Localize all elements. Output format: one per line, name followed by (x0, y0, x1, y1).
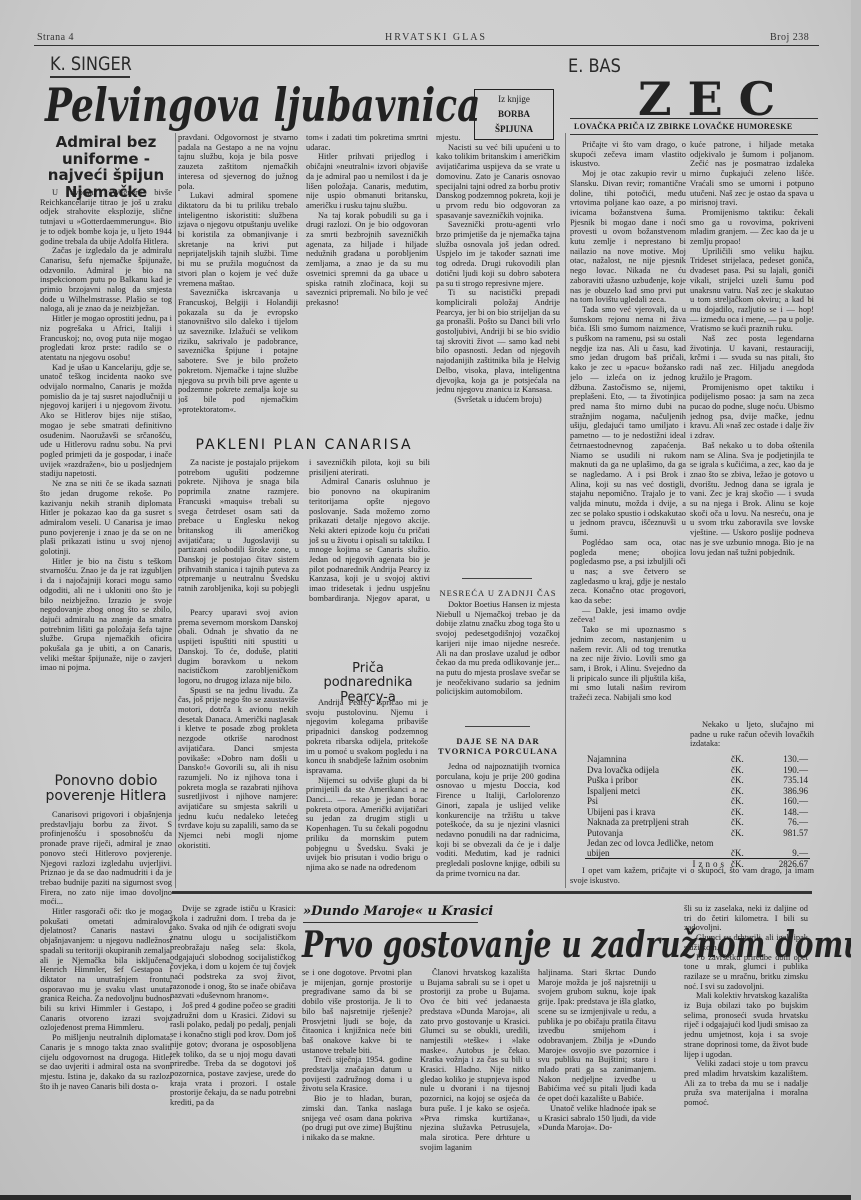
main-col3: tom« i zadati tim pokretima smrtni udara… (306, 133, 428, 423)
paragraph: Tako se mi upoznasmo s jednim zecom, nas… (570, 625, 686, 703)
paragraph: Bio je to hladan, buran, zimski dan. Tan… (302, 1094, 412, 1143)
paragraph: Pearcy uparavi svoj avion prema severnom… (178, 608, 298, 686)
page-edge (851, 0, 861, 1200)
masthead-rule (34, 45, 819, 46)
ledger-item: Ubijeni pas i krava (587, 807, 655, 817)
newspaper-page: Strana 4 HRVATSKI GLAS Broj 238 K. SINGE… (0, 0, 851, 1195)
paragraph: Po mišljenju neutralnih diplomata, Canar… (40, 1033, 172, 1091)
zec-rule-top (570, 118, 818, 119)
column-rule (565, 133, 566, 888)
main-col2b: Za naciste je postajalo prijekom potrebo… (178, 458, 430, 608)
ledger-row: NajamninačK.130.— (585, 754, 810, 765)
main-col4: mjestu. Nacisti su već bili upućeni u to… (436, 133, 560, 563)
bottom-col2: se i one dogotove. Prvotni plan je mijen… (302, 968, 412, 1158)
main-col2c: Pearcy uparavi svoj avion prema severnom… (178, 608, 298, 890)
paragraph: Saveznička iskrcavanja u Francuskoj, Bel… (178, 288, 298, 414)
paragraph: I opet vam kažem, pričajte vi o skupoći,… (570, 866, 814, 885)
paragraph: kuće patrone, i hiljade metaka odjekival… (690, 140, 814, 208)
filler-divider (462, 578, 532, 579)
issue-number: Broj 238 (770, 32, 809, 43)
zec-ledger-intro: Nekako u ljeto, slučajno mi padne u ruke… (690, 720, 814, 749)
paragraph: tom« i zadati tim pokretima smrtni udara… (306, 133, 428, 152)
ledger-currency: čK. (729, 838, 756, 859)
paragraph: Jedna od najpoznatijih tvornica porculan… (436, 762, 560, 878)
paragraph: Veliki zadaci stoje u tom pravcu pred ml… (684, 1059, 808, 1108)
filler-text-nesreca: Doktor Boetius Hansen iz mjesta Niebull … (436, 600, 560, 710)
paragraph: Začas je izgledalo da je admiralu Canari… (40, 246, 172, 314)
paragraph: Poglédao sam oca, otac pogleda mene; obo… (570, 538, 686, 606)
paragraph: Hitler rasgorači oči: tko je mogao pokuš… (40, 907, 172, 1033)
paragraph: Nekako u ljeto, slučajno mi padne u ruke… (690, 720, 814, 749)
paragraph: Hitler je mogao oprostiti jednu, pa i ni… (40, 314, 172, 363)
page-number: Strana 4 (37, 32, 74, 43)
paper-name: HRVATSKI GLAS (385, 32, 487, 43)
paragraph: Lukavi admiral spomene diktatoru da bi t… (178, 191, 298, 288)
zec-col1: Pričajte vi što vam drago, o skupoći zeč… (570, 140, 686, 732)
paragraph: Saveznički protu-agenti vrlo brzo primje… (436, 220, 560, 288)
paragraph: U dvorani »Wagner« bivše Reichkancelarij… (40, 188, 172, 246)
ledger-item: Jedan zec od lovca Jedličke, netom ubije… (587, 838, 713, 858)
paragraph: mjestu. (436, 133, 560, 143)
paragraph: Upriličili smo veliku hajku. Trideset st… (690, 247, 814, 334)
paragraph: haljinama. Stari škrtac Dundo Maroje mož… (538, 968, 656, 1104)
main-col2: pravdani. Odgovornost je stvarno padala … (178, 133, 298, 423)
ledger-currency: čK. (729, 817, 756, 828)
main-col3b: Andrija Pearcy ispričao mi je svoju pust… (306, 698, 428, 890)
paragraph: Nijemci su odviše glupi da bi primijetil… (306, 776, 428, 873)
ledger-row: Ispaljeni metcičK.386.96 (585, 786, 810, 797)
section-divider (172, 891, 812, 894)
paragraph: Mali kolektiv hrvatskog kazališta iz Buj… (684, 991, 808, 1059)
ledger-currency: čK. (729, 775, 756, 786)
paragraph: Unatoč velike hladnoće ipak se u Krasici… (538, 1104, 656, 1133)
zec-col2: kuće patrone, i hiljade metaka odjekival… (690, 140, 814, 732)
article-kicker: »Dundo Maroje« u Krasici (303, 904, 493, 919)
filler-head-nesreca: NESREĆA U ZADNJI ČAS (436, 588, 560, 598)
ledger-row: PsičK.160.— (585, 796, 810, 807)
ledger-currency: čK. (729, 754, 756, 765)
paragraph: Canarisovi prigovori i objašnjenja preds… (40, 810, 172, 907)
paragraph: Promijenismo opet taktiku i podijelismo … (690, 383, 814, 441)
main-col1: U dvorani »Wagner« bivše Reichkancelarij… (40, 188, 172, 708)
ledger-row: Ubijeni pas i kravačK.148.— (585, 807, 810, 818)
paragraph: Dvije se zgrade ističu u Krasici: škola … (170, 904, 296, 1001)
ledger-item: Naknada za pretrpljeni strah (587, 817, 689, 827)
ledger-amount: 76.— (756, 817, 810, 828)
ledger-amount: 148.— (756, 807, 810, 818)
expense-ledger: NajamninačK.130.— Dva lovačka odijelačK.… (585, 754, 810, 870)
ledger-amount: 735.14 (756, 775, 810, 786)
ledger-row: Jedan zec od lovca Jedličke, netom ubije… (585, 838, 810, 859)
zec-author: E. BAS (568, 55, 621, 77)
bottom-col4: haljinama. Stari škrtac Dundo Maroje mož… (538, 968, 656, 1158)
main-col1b: Canarisovi prigovori i objašnjenja preds… (40, 810, 172, 1150)
paragraph: pravdani. Odgovornost je stvarno padala … (178, 133, 298, 191)
ledger-currency: čK. (729, 828, 756, 839)
zec-closing: I opet vam kažem, pričajte vi o skupoći,… (570, 866, 814, 885)
paragraph: Admiral Canaris osluhnuo je bio ponovno … (309, 458, 430, 608)
paragraph: Pričajte vi što vam drago, o skupoći zeč… (570, 140, 686, 169)
paragraph: Baš nekako u to doba oštenila nam se Ali… (690, 441, 814, 557)
zec-rule-bottom (570, 134, 818, 135)
ledger-amount: 9.— (756, 838, 810, 859)
bottom-col5: šli su iz zaselaka, neki iz daljine od t… (684, 904, 808, 1154)
ledger-item: Ispaljeni metci (587, 786, 640, 796)
ledger-amount: 130.— (756, 754, 810, 765)
paragraph: Članovi hrvatskog kazališta u Bujama sab… (420, 968, 530, 1152)
section-head-pakleni-plan: PAKLENI PLAN CANARISA (178, 437, 430, 453)
paragraph: Andrija Pearcy ispričao mi je svoju pust… (306, 698, 428, 776)
paragraph: Treći siječnja 1954. godine predstavlja … (302, 1055, 412, 1094)
ledger-row: Naknada za pretrpljeni strahčK.76.— (585, 817, 810, 828)
source-box-line1: Iz knjige (479, 92, 549, 107)
paragraph: Na taj korak pobudili su ga i drugi razl… (306, 211, 428, 308)
bottom-col1: Dvije se zgrade ističu u Krasici: škola … (170, 904, 296, 1154)
ledger-row: Dva lovačka odijelačK.190.— (585, 765, 810, 776)
ledger-item: Putovanja (587, 828, 623, 838)
paragraph: Nacisti su već bili upućeni u to kako to… (436, 143, 560, 221)
paragraph: Ne zna se niti če se ikada saznati što j… (40, 479, 172, 557)
paragraph: Tada smo već vjerovali, da u šumskom rej… (570, 305, 686, 538)
paragraph: Hitler je bio na čistu s teškom stvarnoš… (40, 557, 172, 673)
ledger-currency: čK. (729, 807, 756, 818)
paragraph: Po završetku priredbe dom opet tone u mr… (684, 953, 808, 992)
article-author: K. SINGER (50, 53, 132, 75)
ledger-row: PutovanjačK.981.57 (585, 828, 810, 839)
ledger-item: Najamnina (587, 754, 627, 764)
bottom-col3: Članovi hrvatskog kazališta u Bujama sab… (420, 968, 530, 1158)
paragraph: Moj je otac zakupio revir u Slansku. Div… (570, 169, 686, 305)
paragraph: Glumci su drhturili, ali igali ipak s už… (684, 933, 808, 952)
ledger-currency: čK. (729, 786, 756, 797)
paragraph: Doktor Boetius Hansen iz mjesta Niebull … (436, 600, 560, 697)
ledger-currency: čK. (729, 765, 756, 776)
paragraph: Spusti se na jednu livadu. Za čas, još p… (178, 686, 298, 851)
ledger-amount: 981.57 (756, 828, 810, 839)
paragraph: Hitler prihvati prijedlog i običajni »ne… (306, 152, 428, 210)
kicker-underline (303, 922, 478, 923)
article-title: Pelvingova ljubavnica (45, 78, 480, 132)
paragraph: šli su iz zaselaka, neki iz daljine od t… (684, 904, 808, 933)
ledger-amount: 160.— (756, 796, 810, 807)
filler-text-porculan: Jedna od najpoznatijih tvornica porculan… (436, 762, 560, 890)
section-head-poverenje: Ponovno dobio poverenje Hitlera (40, 774, 172, 805)
zec-subtitle: LOVAČKA PRIČA IZ ZBIRKE LOVAČKE HUMORESK… (574, 122, 793, 131)
paragraph: Promijenismo taktiku: čekali smo ga u ro… (690, 208, 814, 247)
ledger-amount: 386.96 (756, 786, 810, 797)
filler-divider (465, 726, 530, 727)
ledger-currency: čK. (729, 796, 756, 807)
paragraph: — Dakle, jesi imamo ovdje zečeva! (570, 606, 686, 625)
ledger-row: Puška i priborčK.735.14 (585, 775, 810, 786)
paragraph: Još pred 4 godine počeo se graditi zadru… (170, 1001, 296, 1108)
ledger-item: Dva lovačka odijela (587, 765, 659, 775)
column-rule (175, 133, 176, 888)
paragraph: Ti su nacistički prepadi komplicirali po… (436, 288, 560, 395)
continued-note: (Svršetak u idućem broju) (436, 395, 560, 405)
paragraph: Naš zec posta legendarna životinja. U ka… (690, 334, 814, 383)
filler-head-porculan: DAJE SE NA DAR TVORNICA PORCULANA (436, 736, 560, 756)
ledger-item: Psi (587, 796, 598, 806)
ledger-item: Puška i pribor (587, 775, 638, 785)
paragraph: se i one dogotove. Prvotni plan je mijen… (302, 968, 412, 1055)
ledger-amount: 190.— (756, 765, 810, 776)
paragraph: Kad je ušao u Kancelariju, gdje se, unat… (40, 363, 172, 479)
